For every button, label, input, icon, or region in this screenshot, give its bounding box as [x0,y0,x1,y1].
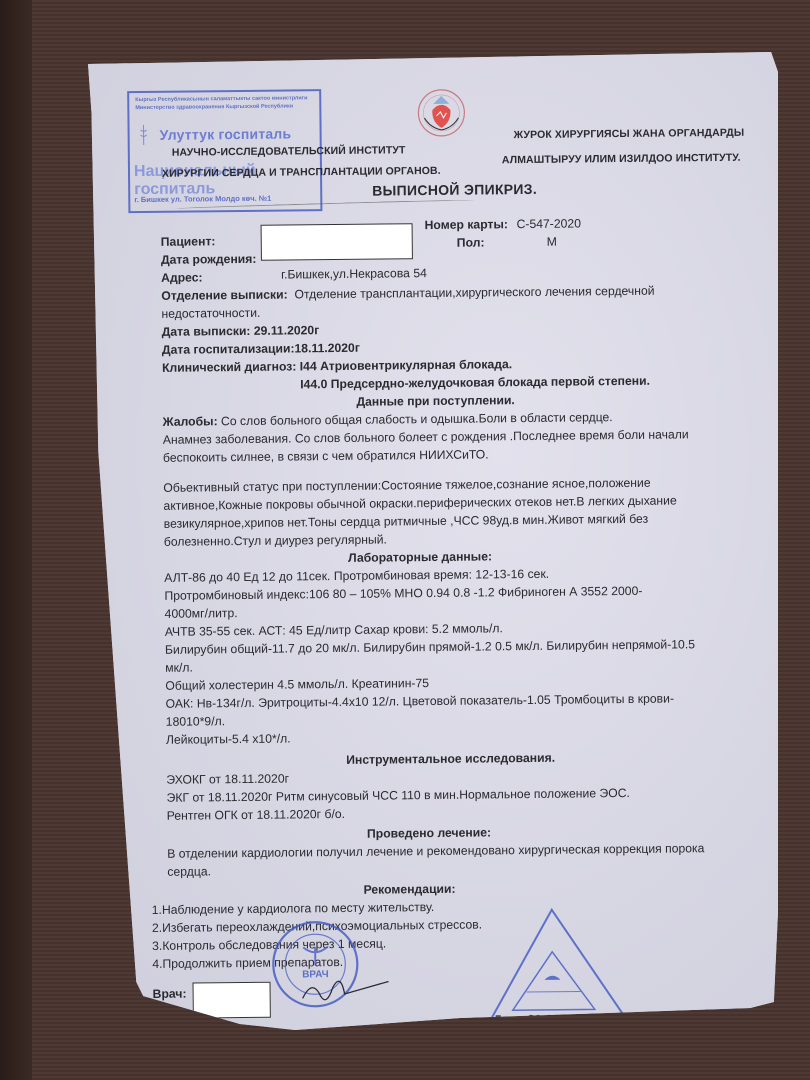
institute-name-ru-1: НАУЧНО-ИССЛЕДОВАТЕЛЬСКИЙ ИНСТИТУТ [172,144,406,158]
card-number-label: Номер карты: [424,215,507,234]
recommendations-heading: Рекомендации: [363,880,455,899]
treatment-line: В отделении кардиологии получил лечение … [167,839,704,863]
complaints-label: Жалобы: [163,414,218,429]
treatment-line: сердца. [167,862,211,880]
medical-emblem-icon [140,125,148,145]
instrumental-heading: Инструментальное исследования. [346,749,555,769]
department-label: Отделение выписки: [161,288,288,303]
lab-line: Протромбиновый индекс:106 80 – 105% МНО … [164,582,642,605]
complaints-value: Со слов больного общая слабость и одышка… [218,410,613,428]
patient-label: Пациент: [161,232,216,251]
institute-name-ru-2: ХИРУРГИИ СЕРДЦА И ТРАНСПЛАНТАЦИИ ОРГАНОВ… [162,165,441,180]
signature-date: Дата:29.11.2020г [493,1010,597,1029]
sex-label: Пол: [457,233,485,251]
address-value: г.Бишкек,ул.Некрасова 54 [281,264,427,284]
treatment-heading: Проведено лечение: [367,823,491,842]
lab-line: 4000мг/литр. [165,604,238,623]
objective-status-line: везикулярное,хрипов нет.Тоны сердца ритм… [164,510,649,533]
lab-line: мк/л. [165,659,193,677]
institute-name-kg-2: АЛМАШТЫРУУ ИЛИМ ИЗИЛДОО ИНСТИТУТУ. [502,152,741,166]
institute-logo-icon [416,88,467,139]
instrumental-line: ЭХОКГ от 18.11.2020г [166,770,289,789]
admission-data-heading: Данные при поступлении. [356,391,515,411]
discharge-document: Кыргыз Республикасынын саламаттыкты сакт… [88,52,778,1052]
background-edge [0,0,32,1080]
lab-data-heading: Лабораторные данные: [348,547,492,567]
dob-label: Дата рождения: [161,250,257,269]
stamp-line: Улуттук госпиталь [160,125,292,142]
stamp-line: Кыргыз Республикасынын саламаттыкты сакт… [135,95,307,103]
admission-date: Дата госпитализации:18.11.2020г [162,339,360,359]
department-value: Отделение трансплантации,хирургического … [294,284,654,302]
lab-line: 18010*9/л. [166,712,225,731]
doctor-label: Врач: [153,985,187,1003]
department-value-cont: недостаточности. [161,304,260,323]
discharge-date: Дата выписки: 29.11.2020г [162,321,320,341]
card-number-value: С-547-2020 [516,214,581,233]
stamp-line: Министерство здравоохранения Кыргызской … [135,103,293,111]
redacted-doctor-names [192,982,270,1019]
lab-line: Лейкоциты-5.4 х10*/л. [166,730,291,749]
discharge-department: Отделение выписки: Отделение транспланта… [161,282,654,305]
clinical-diagnosis-detail: I44.0 Предсердно-желудочковая блокада пе… [300,372,650,394]
sex-value: М [547,233,557,251]
anamnesis-line: беспокоить силнее, в связи с чем обратил… [163,445,489,466]
address-label: Адрес: [161,268,203,286]
redacted-patient-info [261,223,413,261]
instrumental-line: ЭКГ от 18.11.2020г Ритм синусовый ЧСС 11… [166,784,630,807]
objective-status-line: болезненно.Стул и диурез регулярный. [164,530,387,550]
instrumental-line: Рентген ОГК от 18.11.2020г б/о. [167,805,345,825]
institute-name-kg-1: ЖУРОК ХИРУРГИЯСЫ ЖАНА ОРГАНДАРДЫ [514,127,745,141]
document-title: ВЫПИСНОЙ ЭПИКРИЗ. [372,181,537,199]
signature-icon [292,967,392,1008]
stamp-line: г. Бишкек ул. Тоголок Молдо көч. №1 [134,194,271,204]
